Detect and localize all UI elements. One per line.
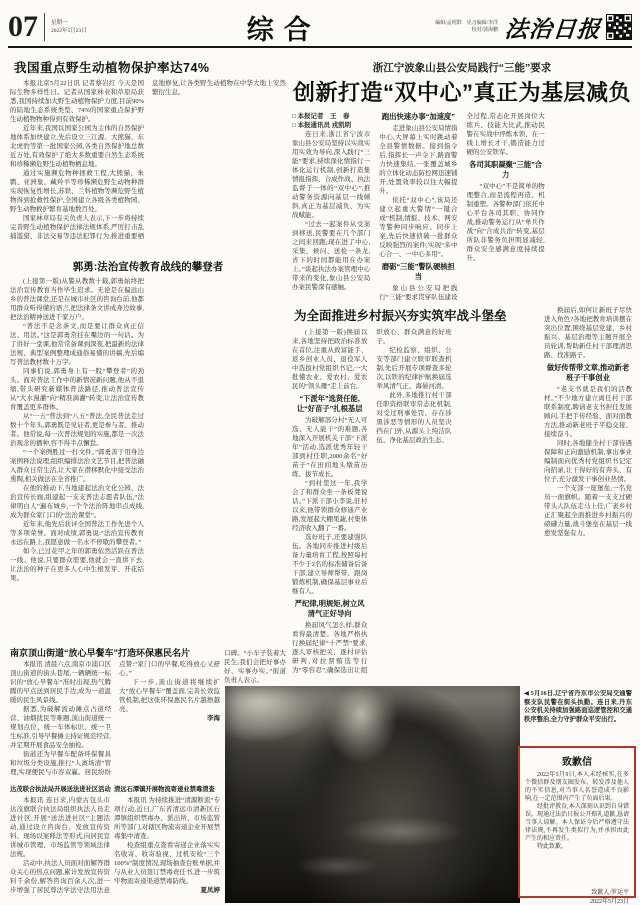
photo-caption: ◀ 5月16日,辽宁省丹东市公安局交通警察支队民警在街头执勤。连日来,丹东公安机…: [524, 690, 632, 742]
article-a4-title: 达茂联合执法局开展送法进社区活动: [10, 784, 110, 793]
paragraph: “双中心”不是简单的物理整合,而是流程再造、机制重塑。各警种部门依托中心平台各司…: [467, 182, 545, 263]
article-a3-body: 本报讯 清晨六点,南京市浦口区顶山街道的街头巷尾,一辆辆统一标识的“放心早餐车”…: [10, 660, 220, 777]
paragraph: 下一步,顶山街道将继续扩大“放心早餐车”覆盖面,完善长效监管机制,把这张环保惠民…: [119, 678, 220, 714]
paragraph: 为破解部分村“无人可选、无人能干”的难题,各地深入开展机关干部“下派年”活动,选…: [292, 416, 367, 479]
paragraph: “普法不是念条文,而是要让群众真正信法、用法。”这是郭勇常挂在嘴边的一句话。为了…: [10, 322, 144, 367]
paragraph: 通过实施濒危物种拯救工程,大熊猫、朱鹮、亚洲象、藏羚羊等珍稀濒危野生动物种群实现…: [10, 169, 144, 214]
inline-subhead: 磨砺“三能”警队硬核担当: [379, 262, 457, 282]
paragraph: 本报讯 连日来,内蒙古包头市达茂旗联合执法局组织执法人员走进社区,开展“送法进社…: [10, 796, 110, 859]
paragraph: 特此致歉。: [525, 843, 629, 851]
apology-signer: 致歉人:罗运平: [525, 889, 629, 898]
paragraph: 2022年5月9日,本人未经核实,在多个微信群及朋友圈发布、转发涉及他人的不实信…: [525, 771, 629, 803]
qr-code-icon: [606, 14, 632, 40]
paragraph: 依托“双中心”,该局还建立起重大警情“一键合成”机制,情报、技术、网安等警种同步…: [379, 196, 457, 259]
article-m1-title: 创新打造“双中心”真正为基层减负: [292, 76, 632, 107]
paragraph: (上接第一版)换届以来,各地坚持把政治标准放在首位,注重从致富能手、返乡创业人员…: [292, 328, 367, 391]
paragraph: □ 本报通讯员 戎凯明: [292, 121, 370, 130]
paragraph: “一个案例胜过一打文件。”郭勇善于用身边案例释法说理,组织编排法治文艺节目,把普…: [10, 448, 144, 484]
paragraph: 据悉,为破解流动摊点占道经营、油烟扰民等难题,顶山街道统一规划点位、统一车体标识…: [10, 705, 111, 750]
paragraph: 活动中,执法人员面对面解答群众关心的热点问题,累计发放宣传资料千余份,解答咨询百…: [10, 859, 110, 896]
article-m1-kicker: 浙江宁波象山县公安局践行“三能”要求: [292, 60, 632, 75]
apology-body: 2022年5月9日,本人未经核实,在多个微信群及朋友圈发布、转发涉及他人的不实信…: [525, 771, 629, 889]
paragraph: “老支书就是我们的活教材。”不少地方建立离任村干部联系制度,聘请老支书担任发展顾…: [544, 385, 632, 439]
paragraph: 经批评教育,本人深刻认识到自身错误。现通过法治日报公开赔礼道歉,恳请当事人谅解。…: [525, 803, 629, 843]
article-m2-body-left: (上接第一版)换届以来,各地坚持把政治标准放在首位,注重从致富能手、返乡创业人员…: [292, 328, 536, 683]
article-a3-title: 南京顶山街道“放心早餐车”打造环保惠民名片: [10, 646, 222, 659]
paragraph: 检查组重点查看寄递企业落实实名收寄、收寄验视、过机安检“三个100%”制度情况,…: [114, 841, 220, 886]
paragraph: 连日来,浙江省宁波市象山县公安局坚持以实战实用实效为导向,深入践行“三能”要求,…: [292, 130, 370, 220]
inline-subhead: 做好传帮带文章,推动新老班子干事创业: [544, 363, 632, 383]
article-a5-title: 清远石潭镇开展物流寄递业禁毒清查: [114, 784, 220, 793]
article-a4-body: 本报讯 连日来,内蒙古包头市达茂旗联合执法局组织执法人员走进社区,开展“送法进社…: [10, 796, 110, 896]
apology-notice-box: 致歉信 2022年5月9日,本人未经核实,在多个微信群及朋友圈发布、转发涉及他人…: [518, 746, 636, 898]
newspaper-page: 07 星期一 2022年5月23日 综合 编辑/孟绍群 见习编辑/李洋 校对/郭…: [0, 0, 640, 905]
apology-date: 2022年5月23日: [525, 898, 629, 905]
article-a2-body: (上接第一版)从警从教数十载,郭勇始终把法治宣传教育当作毕生追求。无论是在偏远山…: [10, 277, 286, 638]
byline-signature: 李海: [119, 714, 220, 723]
paragraph: 近年来,我国以国家公园为主体的自然保护地体系加快建立,先后设立三江源、大熊猫、东…: [10, 124, 144, 169]
article-a2-title: 郭勇:法治宣传教育战线的攀登者: [10, 259, 286, 274]
inline-subhead: 严纪律,明规矩,树立风清气正好导向: [292, 599, 367, 619]
section-title: 综合: [237, 8, 321, 47]
paragraph: 同时,各地健全村干部待遇保障和正向激励机制,拿出事业编制面向优秀村党组织书记定向…: [544, 439, 632, 484]
paragraph: 本报讯 清晨六点,南京市浦口区顶山街道的街头巷尾,一辆辆统一标识的“放心早餐车”…: [10, 660, 111, 705]
paragraph: 此外,多地推行村干部任职资格联审常态化机制,对受过刑事处罚、存在涉黑涉恶等情形的…: [376, 391, 451, 445]
weekday: 星期一: [51, 19, 87, 27]
paragraph: 本报北京5月22日讯 记者蔡岩红 今天是国际生物多样性日。记者从国家林业和草原局…: [10, 79, 144, 124]
article-m1-body: □ 本报记者 王 春□ 本报通讯员 戎凯明连日来,浙江省宁波市象山县公安局坚持以…: [292, 112, 632, 302]
paragraph: “过去一起案件从受案到移送,民警要在几个部门之间来回跑;现在进了中心,采集、候问…: [292, 220, 370, 292]
paragraph: 从“一五”普法到“八五”普法,全民普法走过数十个年头,郭勇既是见证者,更是参与者…: [10, 412, 144, 448]
article-a1-title: 我国重点野生动植物保护率达74%: [14, 58, 284, 76]
paragraph: 换届后,如何让新班子尽快进入角色?各地把教育培训摆在突出位置,围绕基层党建、乡村…: [544, 306, 632, 360]
paragraph: 一个支部一座堡垒,一名党员一面旗帜。随着一支支过硬带头人队伍走马上任,广袤乡村正…: [544, 484, 632, 538]
staff-line-1: 编辑/孟绍群 见习编辑/李洋: [435, 20, 498, 28]
paragraph: (上接第一版)从警从教数十载,郭勇始终把法治宣传教育当作毕生追求。无论是在偏远山…: [10, 277, 144, 322]
page-header: 07 星期一 2022年5月23日 综合 编辑/孟绍群 见习编辑/李洋 校对/郭…: [8, 8, 632, 48]
date: 2022年5月23日: [51, 27, 87, 35]
article-a1-body: 本报北京5月22日讯 记者蔡岩红 今天是国际生物多样性日。记者从国家林业和草原局…: [10, 79, 286, 251]
inline-subhead: “下派年”选贤任能,让“好苗子”扎根基层: [292, 394, 367, 414]
paragraph: 纪检监察、组织、公安等部门建立联审联查机制,先后开展专项督查多轮次,以铁的纪律护…: [376, 346, 451, 391]
paragraph: □ 本报记者 王 春: [292, 112, 370, 121]
paragraph: 本报讯 为持续推进“清源断流”专项行动,近日,广东省清远市清新区石潭镇组织禁毒办…: [114, 796, 220, 841]
apology-title: 致歉信: [525, 753, 629, 768]
news-photo: [225, 686, 520, 903]
staff-line-2: 校对/郭海鹏: [435, 27, 498, 35]
paragraph: 选好班子,还要建强队伍。各地同步推进村级后备力量培育工程,按照每村不少于2名的标…: [292, 533, 367, 596]
paragraph: 走进象山县公安局情指中心,大屏幕上实时跳动着全县警情数据。接到指令后,指挥长一声…: [379, 124, 457, 196]
paragraph: 在他的推动下,当地建起法治文化公园、法治宣传长廊,组建起一支支普法志愿者队伍,“…: [10, 484, 144, 520]
paragraph: 同事们说,郭勇身上有一股“攀登者”的劲头。面对普法工作中的新情况新问题,他从不退…: [10, 367, 144, 412]
article-m2-body-right: 换届后,如何让新班子尽快进入角色?各地把教育培训摆在突出位置,围绕基层党建、乡村…: [544, 306, 632, 683]
inline-subhead: 跑出快速办事“加速度”: [379, 112, 457, 122]
article-a5-body: 本报讯 为持续推进“清源断流”专项行动,近日,广东省清远市清新区石潭镇组织禁毒办…: [114, 796, 220, 896]
article-a3-column-fragment: 口碑。“小车子装着大民生,我们会把好事办好、实事办实。”街道负责人表示。: [224, 649, 286, 683]
paragraph: 如今,已过花甲之年的郭勇依然活跃在普法一线。他说,只要群众需要,他就会一直讲下去…: [10, 547, 144, 583]
header-divider: [44, 13, 45, 41]
masthead-logo: 法治日报: [504, 11, 603, 44]
page-number: 07: [8, 11, 38, 43]
staff-block: 编辑/孟绍群 见习编辑/李洋 校对/郭海鹏: [435, 20, 498, 35]
date-block: 星期一 2022年5月23日: [51, 19, 87, 35]
paragraph: 近年来,他先后获评全国普法工作先进个人等多项荣誉。面对成绩,郭勇说:“法治宣传教…: [10, 520, 144, 547]
paragraph: “到村里这一年,我学会了和群众坐一条板凳说话。”下派干部小李说,驻村以来,他带领…: [292, 479, 367, 533]
byline-signature: 夏凤婷: [114, 886, 220, 895]
inline-subhead: 各司其职凝聚“三能”合力: [467, 160, 545, 180]
article-m2-title: 为全面推进乡村振兴夯实筑牢战斗堡垒: [294, 306, 534, 324]
